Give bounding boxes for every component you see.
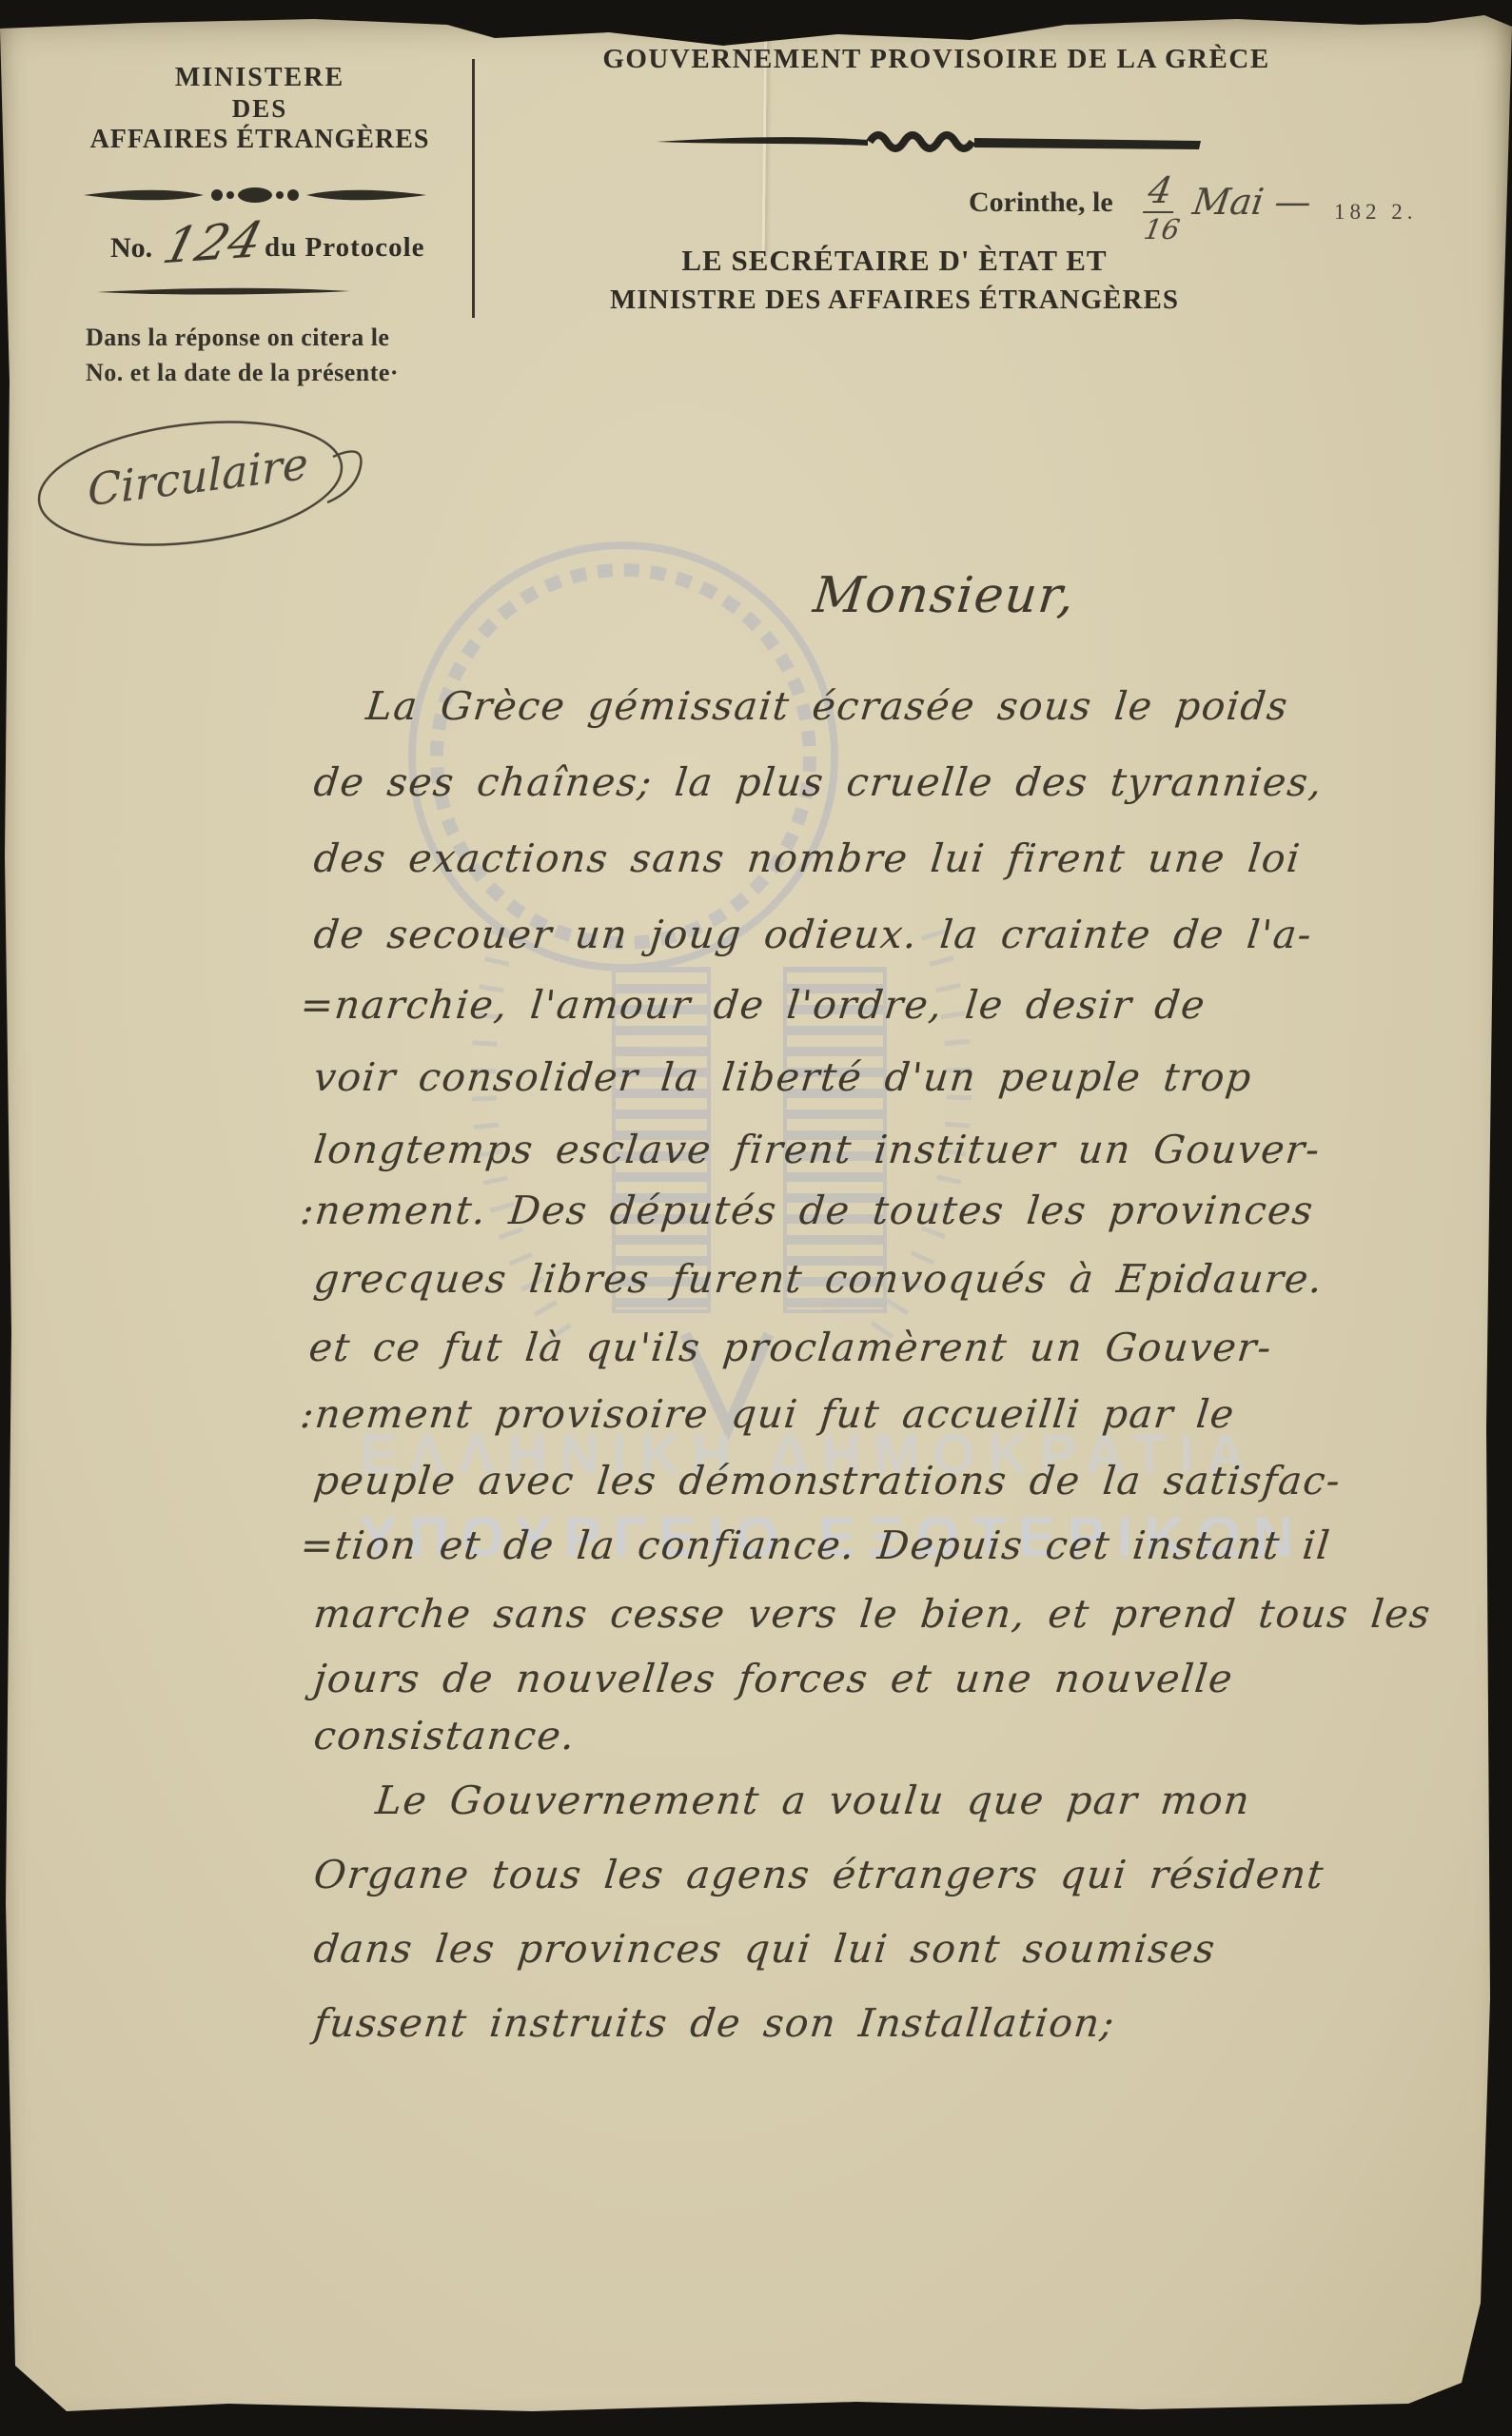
date-day-fraction: 4 16	[1136, 169, 1188, 246]
reply-note-line2: No. et la date de la présente·	[86, 359, 457, 387]
ornament-divider-icon	[82, 181, 428, 209]
reply-note-line1: Dans la réponse on citera le	[86, 324, 457, 352]
body-line: jours de nouvelles forces et une nouvell…	[311, 1656, 1235, 1701]
body-line: fussent instruits de son Installation;	[311, 2000, 1117, 2046]
body-line: de secouer un joug odieux. la crainte de…	[311, 912, 1314, 957]
government-title: GOUVERNEMENT PROVISOIRE DE LA GRÈCE	[569, 44, 1304, 75]
tapered-rule-icon	[97, 285, 350, 297]
scanned-letter-page: ΕΛΛΗΝΙΚΗ ΔΗΜΟΚΡΑΤΙΑ ΥΠΟΥΡΓΕΙΟ ΕΞΩΤΕΡΙΚΩΝ…	[0, 0, 1512, 2436]
salutation: Monsieur,	[811, 567, 1078, 624]
letterhead-divider-line	[472, 59, 475, 318]
paper-crease	[762, 0, 768, 257]
body-line: =narchie, l'amour de l'ordre, le desir d…	[298, 982, 1208, 1028]
body-line: La Grèce gémissait écrasée sous le poids	[363, 683, 1290, 729]
dateline-place: Corinthe, le	[969, 187, 1113, 219]
body-line: :nement provisoire qui fut accueilli par…	[298, 1391, 1237, 1437]
body-line: de ses chaînes; la plus cruelle des tyra…	[311, 759, 1325, 805]
body-line: marche sans cesse vers le bien, et prend…	[311, 1591, 1433, 1637]
ministry-line3: AFFAIRES ÉTRANGÈRES	[74, 125, 445, 155]
body-line: Le Gouvernement a voulu que par mon	[373, 1778, 1252, 1823]
protocol-number-handwritten: 124	[157, 212, 268, 276]
body-line: :nement. Des députés de toutes les provi…	[298, 1188, 1316, 1233]
squiggle-rule-icon	[657, 129, 1201, 158]
body-line: grecques libres furent convoqués à Epida…	[311, 1256, 1325, 1302]
body-line: longtemps esclave firent instituer un Go…	[311, 1127, 1323, 1172]
body-line: des exactions sans nombre lui firent une…	[311, 835, 1303, 881]
date-day-alt: 16	[1133, 213, 1190, 246]
circulaire-stamp: Circulaire	[27, 405, 377, 554]
date-month-handwritten: Mai —	[1190, 181, 1314, 223]
date-year-printed: 182 2.	[1334, 200, 1418, 225]
ministry-line1: MINISTERE	[74, 63, 445, 93]
date-day: 4	[1143, 169, 1181, 213]
body-line: et ce fut là qu'ils proclamèrent un Gouv…	[306, 1325, 1274, 1370]
office-title-line1: LE SECRÉTAIRE D' ÈTAT ET	[585, 244, 1204, 278]
body-line: =tion et de la confiance. Depuis cet ins…	[298, 1522, 1332, 1568]
body-line: Organe tous les agens étrangers qui rési…	[311, 1852, 1326, 1897]
body-line: dans les provinces qui lui sont soumises	[311, 1926, 1218, 1972]
paper-sheet: ΕΛΛΗΝΙΚΗ ΔΗΜΟΚΡΑΤΙΑ ΥΠΟΥΡΓΕΙΟ ΕΞΩΤΕΡΙΚΩΝ…	[0, 0, 1512, 2436]
ministry-line2: DES	[74, 94, 445, 124]
body-line: consistance.	[311, 1713, 578, 1758]
body-line: voir consolider la liberté d'un peuple t…	[311, 1054, 1254, 1100]
protocol-no-label: No.	[110, 232, 152, 265]
office-title-line2: MINISTRE DES AFFAIRES ÉTRANGÈRES	[585, 285, 1204, 316]
protocol-suffix: du Protocole	[265, 232, 425, 264]
protocol-number-row: No. 124 du Protocole	[74, 226, 445, 284]
body-line: peuple avec les démonstrations de la sat…	[311, 1458, 1343, 1503]
